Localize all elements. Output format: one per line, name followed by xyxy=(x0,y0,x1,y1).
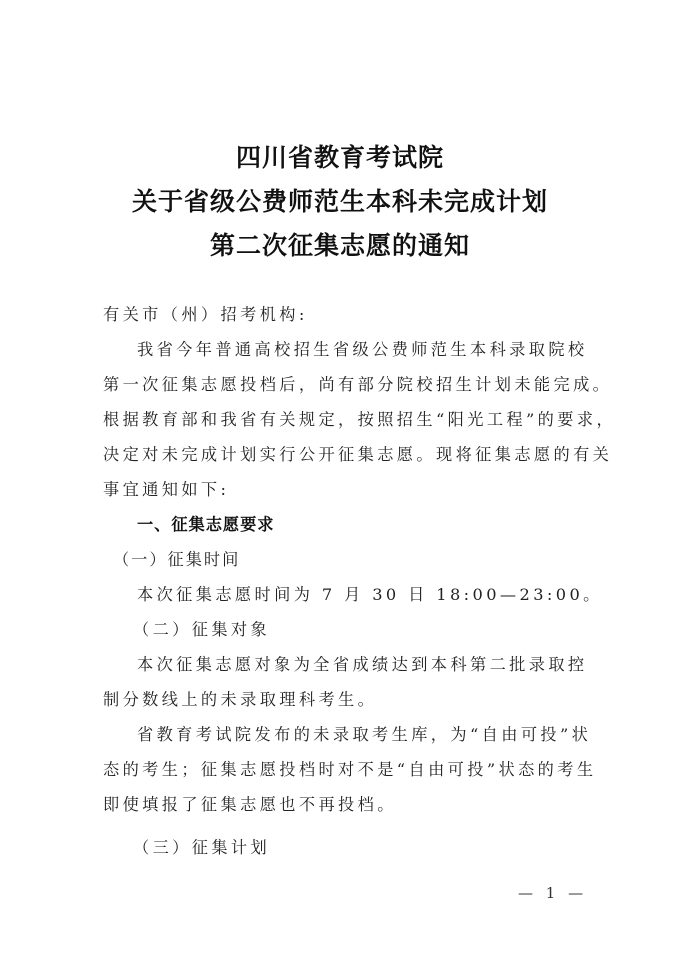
document-title: 四川省教育考试院 关于省级公费师范生本科未完成计划 第二次征集志愿的通知 xyxy=(0,136,680,268)
status-text-line: 态的考生；征集志愿投档时对不是“自由可投”状态的考生 xyxy=(103,752,579,787)
title-line-notice: 第二次征集志愿的通知 xyxy=(0,224,680,268)
intro-line: 第一次征集志愿投档后，尚有部分院校招生计划未能完成。 xyxy=(103,367,579,402)
title-line-subject: 关于省级公费师范生本科未完成计划 xyxy=(0,180,680,224)
status-text-line: 省教育考试院发布的未录取考生库，为“自由可投”状 xyxy=(103,717,579,752)
subsection-heading-target: （二）征集对象 xyxy=(103,612,579,647)
intro-line: 事宜通知如下: xyxy=(103,472,579,507)
section-heading-requirements: 一、征集志愿要求 xyxy=(103,507,579,542)
target-text-line: 制分数线上的未录取理科考生。 xyxy=(103,682,579,717)
document-page: 四川省教育考试院 关于省级公费师范生本科未完成计划 第二次征集志愿的通知 有关市… xyxy=(0,0,680,961)
page-number: — 1 — xyxy=(518,884,587,902)
target-text-line: 本次征集志愿对象为全省成绩达到本科第二批录取控 xyxy=(103,647,579,682)
paragraph-spacer xyxy=(103,822,579,830)
subsection-heading-plan: （三）征集计划 xyxy=(103,830,579,865)
status-text-line: 即使填报了征集志愿也不再投档。 xyxy=(103,787,579,822)
subsection-heading-time: （一）征集时间 xyxy=(103,542,579,577)
intro-line: 根据教育部和我省有关规定，按照招生“阳光工程”的要求， xyxy=(103,402,579,437)
intro-line: 决定对未完成计划实行公开征集志愿。现将征集志愿的有关 xyxy=(103,437,579,472)
collection-time-text: 本次征集志愿时间为 7 月 30 日 18:00—23:00。 xyxy=(103,577,579,612)
title-line-issuer: 四川省教育考试院 xyxy=(0,136,680,180)
document-body: 有关市（州）招考机构: 我省今年普通高校招生省级公费师范生本科录取院校 第一次征… xyxy=(103,297,579,865)
intro-line: 我省今年普通高校招生省级公费师范生本科录取院校 xyxy=(103,332,579,367)
salutation: 有关市（州）招考机构: xyxy=(103,297,579,332)
